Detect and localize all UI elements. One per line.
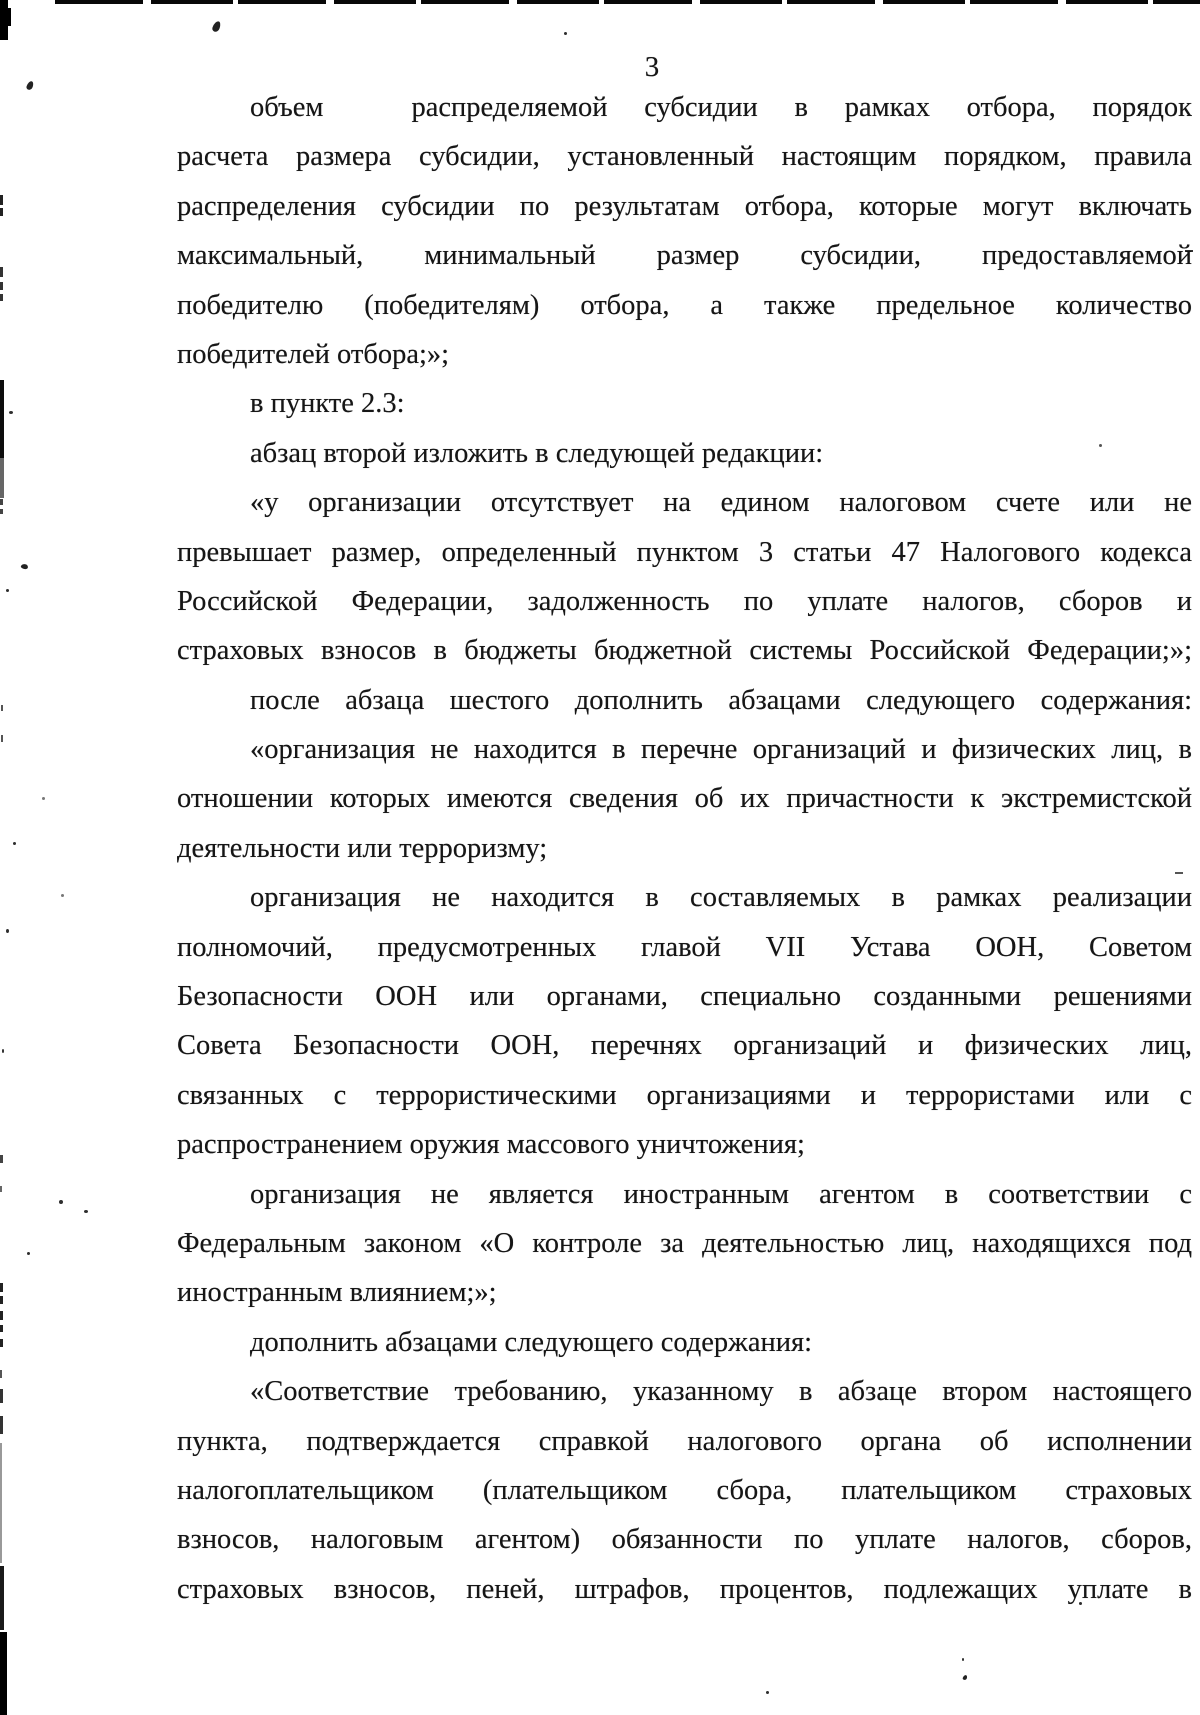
- scan-speck: [962, 1675, 967, 1681]
- scan-speck: [9, 411, 13, 414]
- scan-speck: [211, 20, 221, 33]
- page-number: 3: [600, 52, 704, 84]
- text-line: в пункте 2.3:: [177, 379, 1192, 428]
- scan-artifact: [1, 705, 3, 711]
- scan-artifact: [0, 1155, 3, 1163]
- text-line: «у организации отсутствует на едином нал…: [177, 478, 1192, 527]
- text-line: «Соответствие требованию, указанному в а…: [177, 1367, 1192, 1416]
- text-line: после абзаца шестого дополнить абзацами …: [177, 676, 1192, 725]
- scan-speck: [84, 1210, 88, 1213]
- scan-speck: [26, 80, 34, 90]
- scan-speck: [6, 589, 9, 592]
- scan-artifact: [0, 1311, 3, 1320]
- scan-speck: [6, 929, 9, 933]
- text-line: абзац второй изложить в следующей редакц…: [177, 429, 1192, 478]
- scan-artifact: [0, 1186, 2, 1192]
- scan-speck: [962, 1658, 964, 1661]
- text-line: Федеральным законом «О контроле за деяте…: [177, 1219, 1192, 1268]
- scan-artifact: [0, 1566, 4, 1630]
- scan-artifact: [0, 458, 4, 498]
- document-body: объемраспределяемой субсидии в рамках от…: [177, 83, 1192, 1614]
- scan-artifact: [0, 1296, 3, 1304]
- scan-artifact-top-edge: [55, 0, 1200, 4]
- scan-artifact: [0, 499, 3, 505]
- text-line: объемраспределяемой субсидии в рамках от…: [177, 83, 1192, 132]
- text-line: пункта, подтверждается справкой налогово…: [177, 1417, 1192, 1466]
- text-line: победителю (победителям) отбора, а также…: [177, 281, 1192, 330]
- scan-artifact: [0, 1389, 3, 1403]
- text-line: организация не находится в составляемых …: [177, 873, 1192, 922]
- scan-speck: [27, 1252, 30, 1255]
- scan-speck: [13, 842, 16, 845]
- text-line: страховых взносов в бюджеты бюджетной си…: [177, 626, 1192, 675]
- scan-artifact: [1, 735, 3, 742]
- scan-artifact: [0, 195, 3, 205]
- text-fragment: распределяемой субсидии в рамках отбора,…: [411, 92, 1192, 123]
- scan-artifact: [0, 380, 4, 458]
- text-line: связанных с террористическими организаци…: [177, 1071, 1192, 1120]
- text-line: расчета размера субсидии, установленный …: [177, 132, 1192, 181]
- text-line: взносов, налоговым агентом) обязанности …: [177, 1515, 1192, 1564]
- scan-artifact: [0, 1443, 2, 1563]
- scan-speck: [2, 1049, 4, 1053]
- scan-speck: [20, 563, 28, 570]
- scan-artifact: [0, 509, 3, 514]
- text-line: деятельности или терроризму;: [177, 824, 1192, 873]
- text-line: отношении которых имеются сведения об их…: [177, 774, 1192, 823]
- text-line: максимальный, минимальный размер субсиди…: [177, 231, 1192, 280]
- text-line: организация не является иностранным аген…: [177, 1170, 1192, 1219]
- text-line: страховых взносов, пеней, штрафов, проце…: [177, 1565, 1192, 1614]
- scan-speck: [564, 32, 567, 35]
- text-fragment: объем: [250, 92, 323, 123]
- scan-artifact: [0, 282, 3, 290]
- scanned-document-page: 3 объемраспределяемой субсидии в рамках …: [0, 0, 1200, 1715]
- scan-artifact: [0, 1325, 3, 1332]
- scan-speck: [42, 797, 45, 800]
- scan-speck: [766, 1691, 769, 1694]
- text-line: дополнить абзацами следующего содержания…: [177, 1318, 1192, 1367]
- text-line: полномочий, предусмотренных главой VII У…: [177, 923, 1192, 972]
- text-line: Безопасности ООН или органами, специальн…: [177, 972, 1192, 1021]
- scan-artifact: [0, 1416, 3, 1434]
- scan-artifact: [0, 1283, 3, 1292]
- scan-artifact: [0, 1632, 7, 1715]
- scan-artifact: [0, 294, 3, 301]
- text-line: налогоплательщиком (плательщиком сбора, …: [177, 1466, 1192, 1515]
- text-line: превышает размер, определенный пунктом 3…: [177, 528, 1192, 577]
- scan-artifact: [0, 8, 11, 26]
- scan-artifact: [0, 267, 3, 277]
- text-line: победителей отбора;»;: [177, 330, 1192, 379]
- text-line: «организация не находится в перечне орга…: [177, 725, 1192, 774]
- scan-artifact: [0, 1339, 3, 1347]
- scan-artifact: [0, 1370, 2, 1378]
- text-line: иностранным влиянием;»;: [177, 1268, 1192, 1317]
- scan-word-gap: [323, 115, 411, 116]
- scan-speck: [61, 894, 64, 897]
- text-line: Российской Федерации, задолженность по у…: [177, 577, 1192, 626]
- scan-speck: [59, 1200, 63, 1204]
- text-line: распределения субсидии по результатам от…: [177, 182, 1192, 231]
- scan-artifact: [0, 208, 3, 216]
- text-line: распространением оружия массового уничто…: [177, 1120, 1192, 1169]
- text-line: Совета Безопасности ООН, перечнях органи…: [177, 1021, 1192, 1070]
